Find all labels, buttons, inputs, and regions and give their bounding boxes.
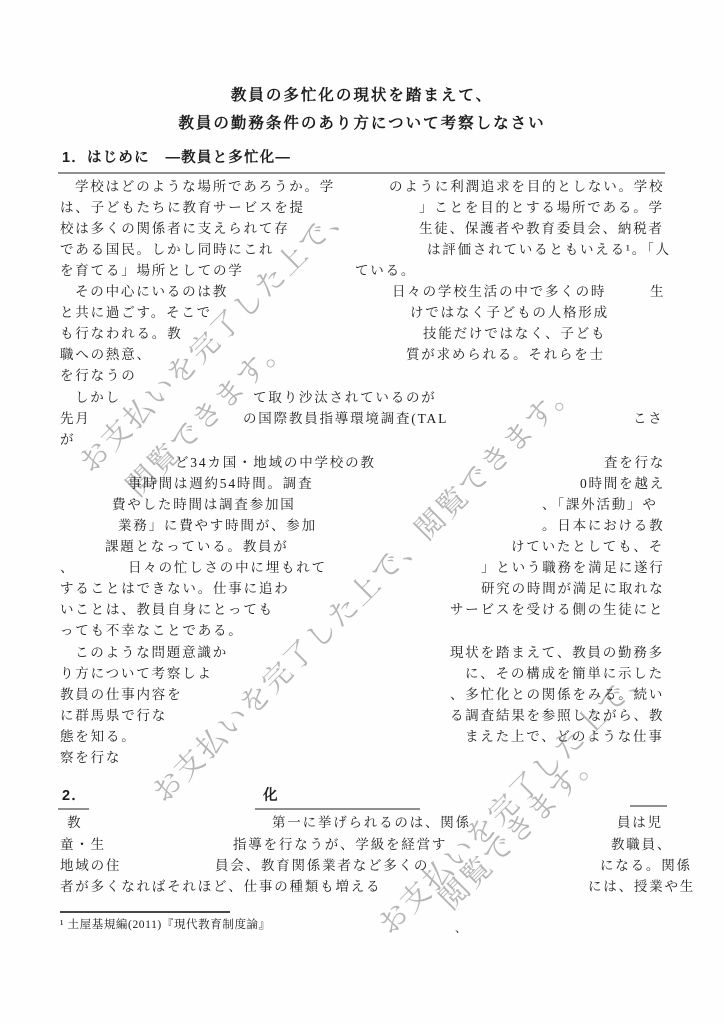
body-text-fragment: 質が求められる。それらを士 [406,348,605,362]
body-text-fragment: と共に過ごす。そこで [60,306,212,320]
body-text-fragment: 員は児 [617,816,663,830]
body-text-fragment: 先月 [60,412,91,426]
body-text-fragment: 事時間は週約54時間。調査 [128,477,313,491]
body-text-fragment: 日々の忙しさの中に埋もれて [128,561,327,575]
body-text-fragment: けではなく子どもの人格形成 [410,306,609,320]
document-page: 教員の多忙化の現状を踏まえて、 教員の勤務条件のあり方について考察しなさい お支… [0,0,724,1024]
body-text-fragment: することはできない。仕事に追わ [60,582,290,596]
body-text-fragment: 技能だけではなく、子ども [423,327,606,341]
body-text-fragment: ている。 [355,264,416,278]
rule-line [255,808,420,810]
footnote-text: ¹ 土屋基規編(2011)『現代教育制度論』 [60,920,271,932]
body-text-fragment: を育てる」場所としての学 [60,264,244,278]
body-text-fragment: 0時間を越え [580,477,665,491]
body-text-fragment: 現状を踏まえて、教員の勤務多 [450,646,664,660]
rule-line [60,911,230,913]
body-text-fragment: 第一に挙げられるのは、関係 [272,816,471,830]
body-text-fragment: けていたとしても、そ [511,540,664,554]
body-text-fragment: 日々の学校生活の中で多くの時 [392,285,606,299]
body-text-fragment: 教職員、 [611,838,672,852]
body-text-fragment: 業務」に費やす時間が、参加 [118,519,317,533]
body-text-fragment: て取り沙汰されているのが [253,391,437,405]
body-text-fragment: 童・生 [60,838,106,852]
body-text-fragment: に、その構成を簡単に示した [465,667,664,681]
body-text-fragment: も行なわれる。教 [60,327,182,341]
body-text-fragment: 職への熱意、 [60,348,152,362]
body-text-fragment: しかし [75,391,121,405]
body-text-fragment: が [60,433,75,447]
body-text-fragment: いことは、教員自身にとっても [60,603,274,617]
body-text-fragment: である国民。しかし同時にこれ [60,243,274,257]
body-text-fragment: ど34カ国・地域の中学校の教 [175,456,376,470]
body-text-fragment: 課題となっている。教員が [105,540,289,554]
body-text-fragment: は、子どもたちに教育サービスを提 [60,201,305,215]
body-text-fragment: サービスを受ける側の生徒にと [450,603,664,617]
body-text-fragment: まえた上で、どのような仕事 [465,730,664,744]
body-text-fragment: 、「課外活動」や [542,498,658,512]
body-text-fragment: 校は多くの関係者に支えられて存 [60,222,290,236]
body-text-fragment: 地域の住 [60,859,121,873]
body-text-fragment: 学校はどのような場所であろうか。学 [75,180,335,194]
body-text-fragment: っても不幸なことである。 [60,624,244,638]
body-text-fragment: 査を行な [604,456,665,470]
document-title-line-1: 教員の多忙化の現状を踏まえて、 [0,88,724,104]
body-text-fragment: には、授業や生 [588,880,695,894]
body-text-fragment: 指導を行なうが、学級を経営す [233,838,447,852]
body-text-fragment: 、多忙化との関係をみる。続い [450,688,664,702]
rule-line [58,808,89,810]
body-text-fragment: 察を行な [60,751,121,765]
section-heading: 1．はじめに ―教員と多忙化― [62,151,291,166]
footnote-text: 、 [455,924,467,936]
body-text-fragment: り方について考察しよ [60,667,213,681]
section-heading: 化 [263,789,279,804]
body-text-fragment: 費やした時間は調査参加国 [112,498,296,512]
body-text-fragment: 者が多くなればそれほど、仕事の種類も増える [60,880,381,894]
body-text-fragment: 生 [650,285,665,299]
body-text-fragment: は評価されているともいえる¹。「人 [427,243,671,257]
body-text-fragment: の国際教員指導環境調査(TAL [243,412,448,426]
rule-line [58,172,665,174]
body-text-fragment: こさ [633,412,664,426]
body-text-fragment: 」ことを目的とする場所である。学 [419,201,664,215]
body-text-fragment: 教員の仕事内容を [60,688,182,702]
body-text-fragment: を行なうの [60,369,137,383]
section-heading: 2． [62,789,87,804]
body-text-fragment: 教 [67,816,82,830]
body-text-fragment: になる。関係 [600,859,692,873]
body-text-fragment: その中心にいるのは教 [75,285,228,299]
body-text-fragment: のように利潤追求を目的としない。学校 [389,180,664,194]
body-text-fragment: 、 [60,561,75,575]
body-text-fragment: 態を知る。 [60,730,137,744]
body-text-fragment: る調査結果を参照しながら、教 [450,709,664,723]
document-title-line-2: 教員の勤務条件のあり方について考察しなさい [0,116,724,132]
rule-line [630,805,667,807]
body-text-fragment: 」という職務を満足に遂行 [481,561,665,575]
body-text-fragment: 研究の時間が満足に取れな [481,582,665,596]
body-text-fragment: 生徒、保護者や教育委員会、納税者 [419,222,664,236]
body-text-fragment: に群馬県で行な [60,709,167,723]
body-text-fragment: 員会、教育関係業者など多くの [215,859,429,873]
body-text-fragment: 。日本における教 [542,519,664,533]
body-text-fragment: このような問題意識か [75,646,228,660]
